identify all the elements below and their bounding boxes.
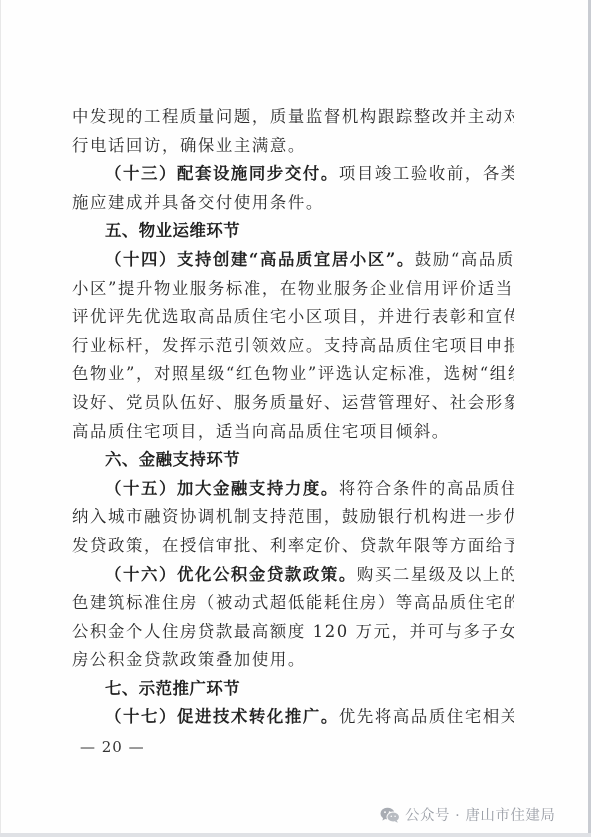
section-heading-5: 五、物业运维环节 [72,217,514,246]
document-body: 中发现的工程质量问题，质量监督机构跟踪整改并主动对业主进 行电话回访，确保业主满… [72,103,514,732]
page-edge-bottom [0,833,591,837]
section-heading-7: 七、示范推广环节 [72,675,514,704]
item-lead: （十五）加大金融支持力度。 [105,479,339,498]
item-text: 鼓励“高品质宜居 [415,250,514,269]
wechat-icon [380,807,400,823]
body-line: 公积金个人住房贷款最高额度 120 万元，并可与多子女家庭的住 [72,618,514,647]
body-line: 色物业”，对照星级“红色物业”评选认定标准，选树“组织建 [72,360,514,389]
body-line: 纳入城市融资协调机制支持范围，鼓励银行机构进一步优化项目开 [72,503,514,532]
document-page: 中发现的工程质量问题，质量监督机构跟踪整改并主动对业主进 行电话回访，确保业主满… [0,0,588,833]
item-paragraph-13: （十三）配套设施同步交付。项目竣工验收前，各类配套设 [72,160,514,189]
page-number: — 20 — [80,738,145,756]
item-paragraph-15: （十五）加大金融支持力度。将符合条件的高品质住宅项目 [72,475,514,504]
page-edge-left [0,0,1,837]
watermark-text: 公众号 · 唐山市住建局 [405,804,555,825]
body-line: 设好、党员队伍好、服务质量好、运营管理好、社会形象好”的 [72,389,514,418]
item-text: 将符合条件的高品质住宅项目 [339,479,514,498]
item-lead: （十六）优化公积金贷款政策。 [105,565,357,584]
body-line: 行电话回访，确保业主满意。 [72,132,514,161]
body-line: 色建筑标准住房（被动式超低能耗住房）等高品质住宅的，住房 [72,589,514,618]
body-line: 中发现的工程质量问题，质量监督机构跟踪整改并主动对业主进 [72,103,514,132]
body-line: 评优评先优选取高品质住宅小区项目，并进行表彰和宣传，树立 [72,303,514,332]
section-heading-6: 六、金融支持环节 [72,446,514,475]
body-line: 小区”提升物业服务标准，在物业服务企业信用评价适当加分， [72,275,514,304]
body-line: 高品质住宅项目，适当向高品质住宅项目倾斜。 [72,418,514,447]
body-line: 房公积金贷款政策叠加使用。 [72,646,514,675]
item-text: 购买二星级及以上的新建绿 [357,565,514,584]
item-lead: （十四）支持创建“高品质宜居小区”。 [105,250,415,269]
item-paragraph-16: （十六）优化公积金贷款政策。购买二星级及以上的新建绿 [72,561,514,590]
wechat-watermark: 公众号 · 唐山市住建局 [380,804,555,825]
body-line: 发贷政策，在授信审批、利率定价、贷款年限等方面给予优惠倾斜。 [72,532,514,561]
item-paragraph-14: （十四）支持创建“高品质宜居小区”。鼓励“高品质宜居 [72,246,514,275]
item-paragraph-17: （十七）促进技术转化推广。优先将高品质住宅相关技术纳 [72,703,514,732]
item-lead: （十三）配套设施同步交付。 [105,164,339,183]
body-line: 行业标杆，发挥示范引领效应。支持高品质住宅项目申报星级“红 [72,332,514,361]
item-lead: （十七）促进技术转化推广。 [105,707,339,726]
item-text: 项目竣工验收前，各类配套设 [339,164,514,183]
body-line: 施应建成并具备交付使用条件。 [72,189,514,218]
item-text: 优先将高品质住宅相关技术纳 [339,707,514,726]
